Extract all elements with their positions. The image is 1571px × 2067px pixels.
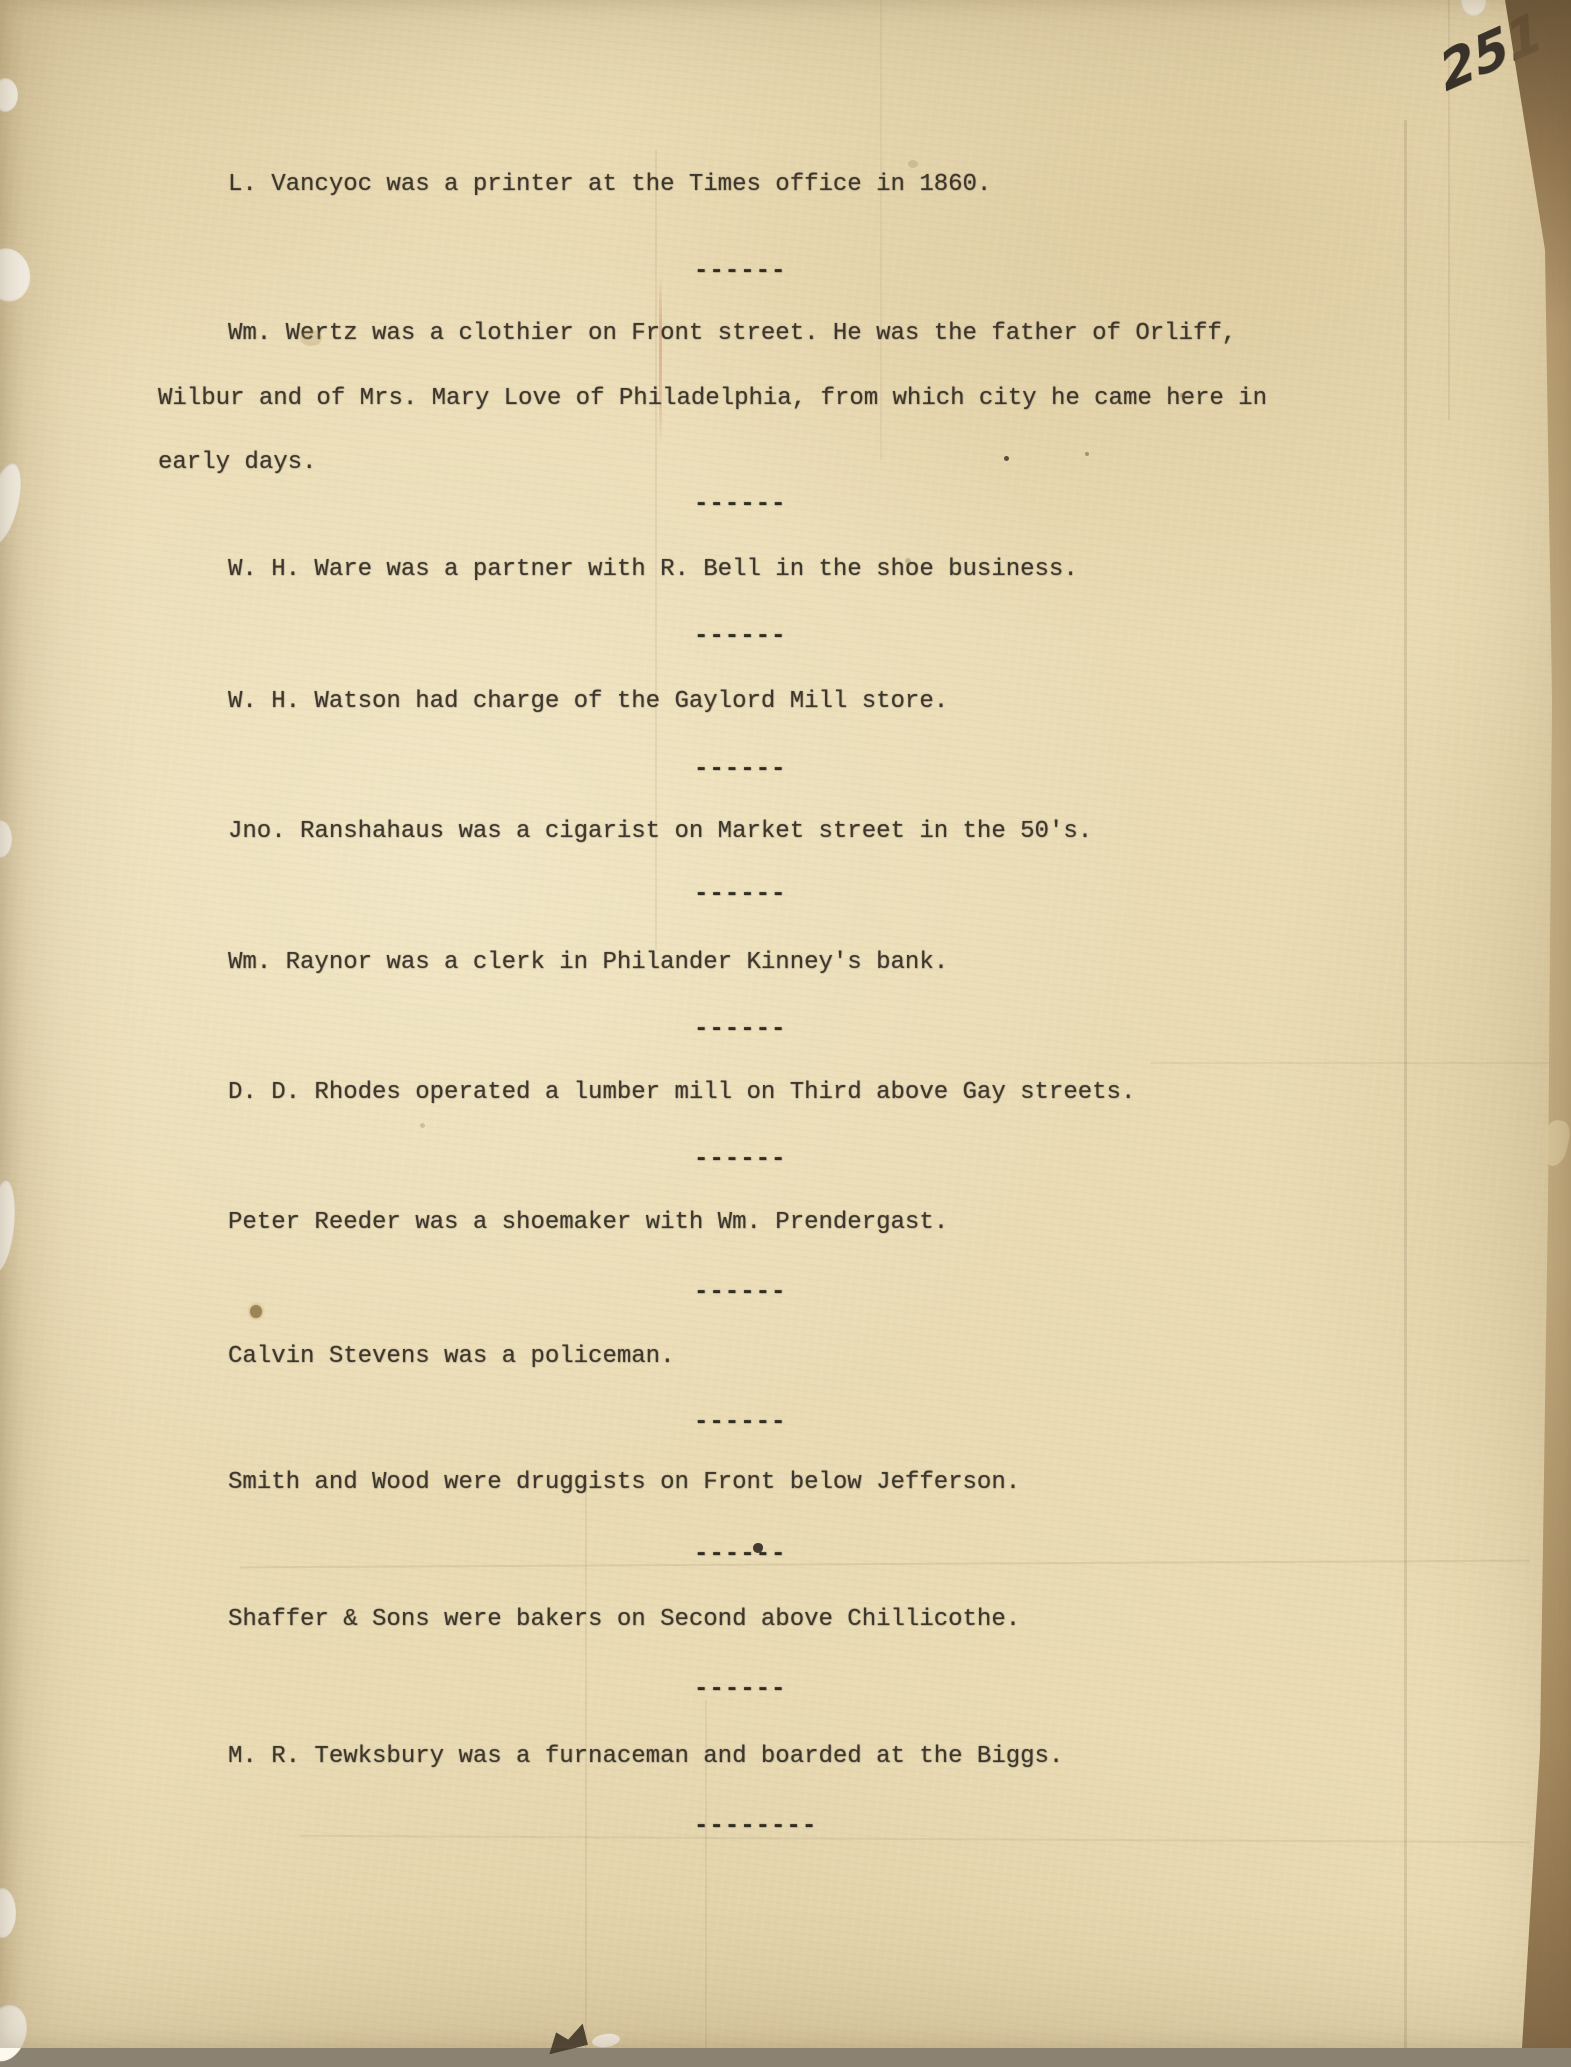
paper-tear: [0, 1888, 16, 1938]
separator-line: ------: [694, 1675, 786, 1705]
horizontal-crease: [1150, 1062, 1550, 1064]
typed-line: W. H. Ware was a partner with R. Bell in…: [228, 555, 1078, 585]
paper-tear: [0, 820, 12, 858]
typed-line: Calvin Stevens was a policeman.: [228, 1342, 674, 1372]
typed-line: Peter Reeder was a shoemaker with Wm. Pr…: [228, 1208, 948, 1238]
typed-line: Wm. Raynor was a clerk in Philander Kinn…: [228, 948, 948, 978]
paper-tear: [0, 1179, 19, 1273]
separator-line: --------: [694, 1812, 817, 1842]
typed-line: early days.: [158, 448, 316, 478]
stain-spot: [420, 1123, 425, 1128]
separator-line: ------: [694, 622, 786, 652]
stray-period-dot: [1004, 456, 1009, 461]
stain-spot: [908, 160, 918, 168]
separator-line: ------: [694, 257, 786, 287]
paper-tear: [0, 460, 28, 549]
separator-line: ------: [694, 1278, 786, 1308]
stain-spot: [250, 1305, 262, 1318]
paper-tear: [0, 1999, 34, 2048]
paper-tear: [0, 244, 35, 306]
separator-line: ------: [694, 1145, 786, 1175]
separator-line: ------: [694, 490, 786, 520]
stain-spot: [1180, 393, 1185, 398]
typed-line: W. H. Watson had charge of the Gaylord M…: [228, 687, 948, 717]
right-page-edge: [1500, 0, 1571, 2048]
bottom-edge-highlight: [591, 2032, 621, 2048]
separator-line: ------: [694, 755, 786, 785]
typed-line: Wm. Wertz was a clothier on Front street…: [228, 319, 1236, 349]
horizontal-crease: [300, 1835, 1530, 1843]
typed-line: L. Vancyoc was a printer at the Times of…: [228, 170, 991, 200]
typed-line: Jno. Ranshahaus was a cigarist on Market…: [228, 817, 1092, 847]
separator-line: ------: [694, 1015, 786, 1045]
bottom-edge-dark-mark: [544, 2023, 588, 2048]
paper-tear: [0, 78, 18, 112]
fold-crease: [1404, 120, 1407, 2048]
stain-spot: [905, 558, 911, 564]
horizontal-crease: [240, 1560, 1530, 1569]
typed-line: M. R. Tewksbury was a furnaceman and boa…: [228, 1742, 1063, 1772]
scanned-document-page: L. Vancyoc was a printer at the Times of…: [0, 0, 1571, 2048]
stray-period-dot: [1085, 452, 1089, 456]
separator-line: ------: [694, 1408, 786, 1438]
typed-line: Wilbur and of Mrs. Mary Love of Philadel…: [158, 384, 1267, 414]
typed-line: D. D. Rhodes operated a lumber mill on T…: [228, 1078, 1135, 1108]
separator-line: ------: [694, 1540, 786, 1570]
red-ink-streak: [659, 276, 662, 444]
typed-line: Smith and Wood were druggists on Front b…: [228, 1468, 1020, 1498]
stain-spot: [300, 330, 322, 346]
separator-line: ------: [694, 880, 786, 910]
typed-line: Shaffer & Sons were bakers on Second abo…: [228, 1605, 1020, 1635]
paper-tear: [1460, 0, 1486, 16]
